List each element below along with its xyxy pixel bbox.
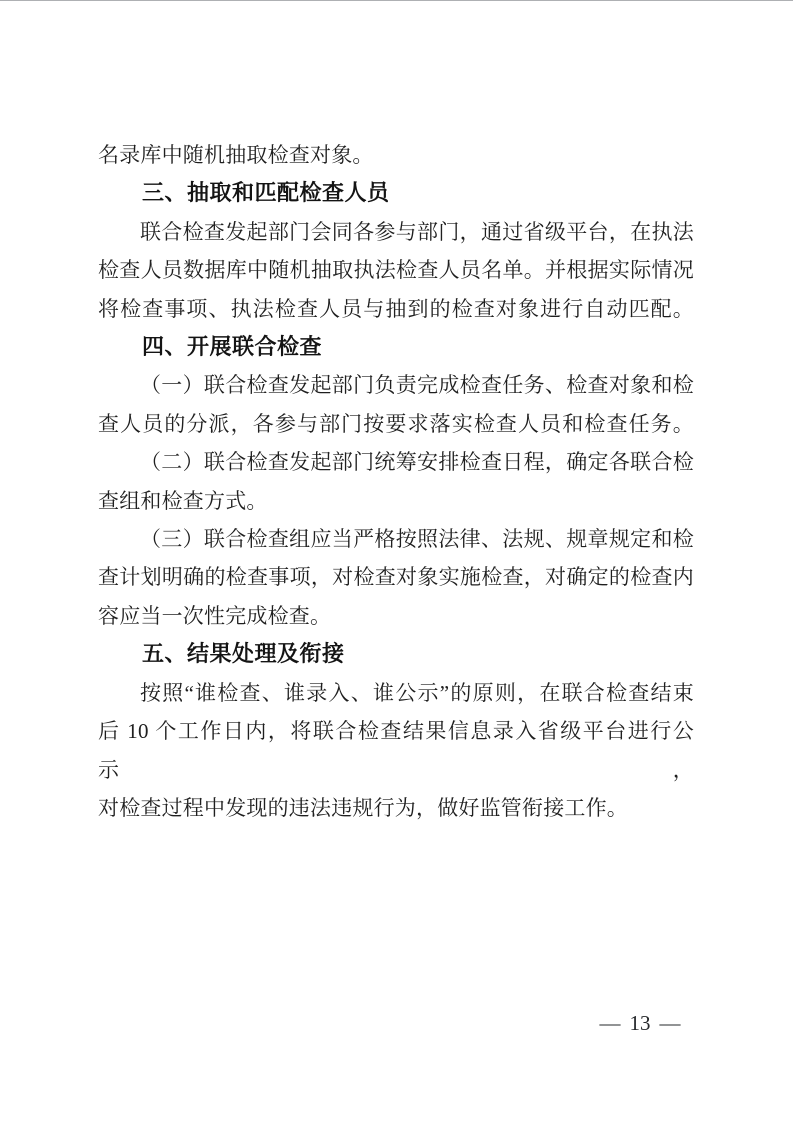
- paragraph-line: 检查人员数据库中随机抽取执法检查人员名单。并根据实际情况: [98, 251, 694, 289]
- section-heading-3: 三、抽取和匹配检查人员: [98, 174, 694, 212]
- paragraph-line: 查组和检查方式。: [98, 482, 694, 520]
- paragraph-line: 按照“谁检查、谁录入、谁公示”的原则，在联合检查结束: [98, 674, 694, 712]
- paragraph-line: 联合检查发起部门会同各参与部门，通过省级平台，在执法: [98, 213, 694, 251]
- section-heading-4: 四、开展联合检查: [98, 328, 694, 366]
- continuation-line: 名录库中随机抽取检查对象。: [98, 136, 694, 174]
- paragraph-line: （三）联合检查组应当严格按照法律、法规、规章规定和检: [98, 520, 694, 558]
- paragraph-line: （一）联合检查发起部门负责完成检查任务、检查对象和检: [98, 366, 694, 404]
- paragraph-line: 将检查事项、执法检查人员与抽到的检查对象进行自动匹配。: [98, 290, 694, 328]
- paragraph-line: （二）联合检查发起部门统筹安排检查日程，确定各联合检: [98, 443, 694, 481]
- page-number-dash-left: —: [600, 1011, 621, 1036]
- page-number: — 13 —: [598, 1011, 682, 1036]
- paragraph-line: 后 10 个工作日内，将联合检查结果信息录入省级平台进行公示，: [98, 712, 694, 789]
- page-number-value: 13: [630, 1011, 651, 1036]
- paragraph-line: 查计划明确的检查事项，对检查对象实施检查，对确定的检查内: [98, 558, 694, 596]
- scan-edge-artifact: [0, 0, 793, 1]
- document-page: 名录库中随机抽取检查对象。 三、抽取和匹配检查人员 联合检查发起部门会同各参与部…: [0, 0, 793, 1122]
- section-heading-5: 五、结果处理及衔接: [98, 635, 694, 673]
- paragraph-line: 查人员的分派，各参与部门按要求落实检查人员和检查任务。: [98, 405, 694, 443]
- page-number-dash-right: —: [660, 1011, 681, 1036]
- paragraph-line: 对检查过程中发现的违法违规行为，做好监管衔接工作。: [98, 789, 694, 827]
- paragraph-line: 容应当一次性完成检查。: [98, 597, 694, 635]
- document-body: 名录库中随机抽取检查对象。 三、抽取和匹配检查人员 联合检查发起部门会同各参与部…: [98, 136, 694, 827]
